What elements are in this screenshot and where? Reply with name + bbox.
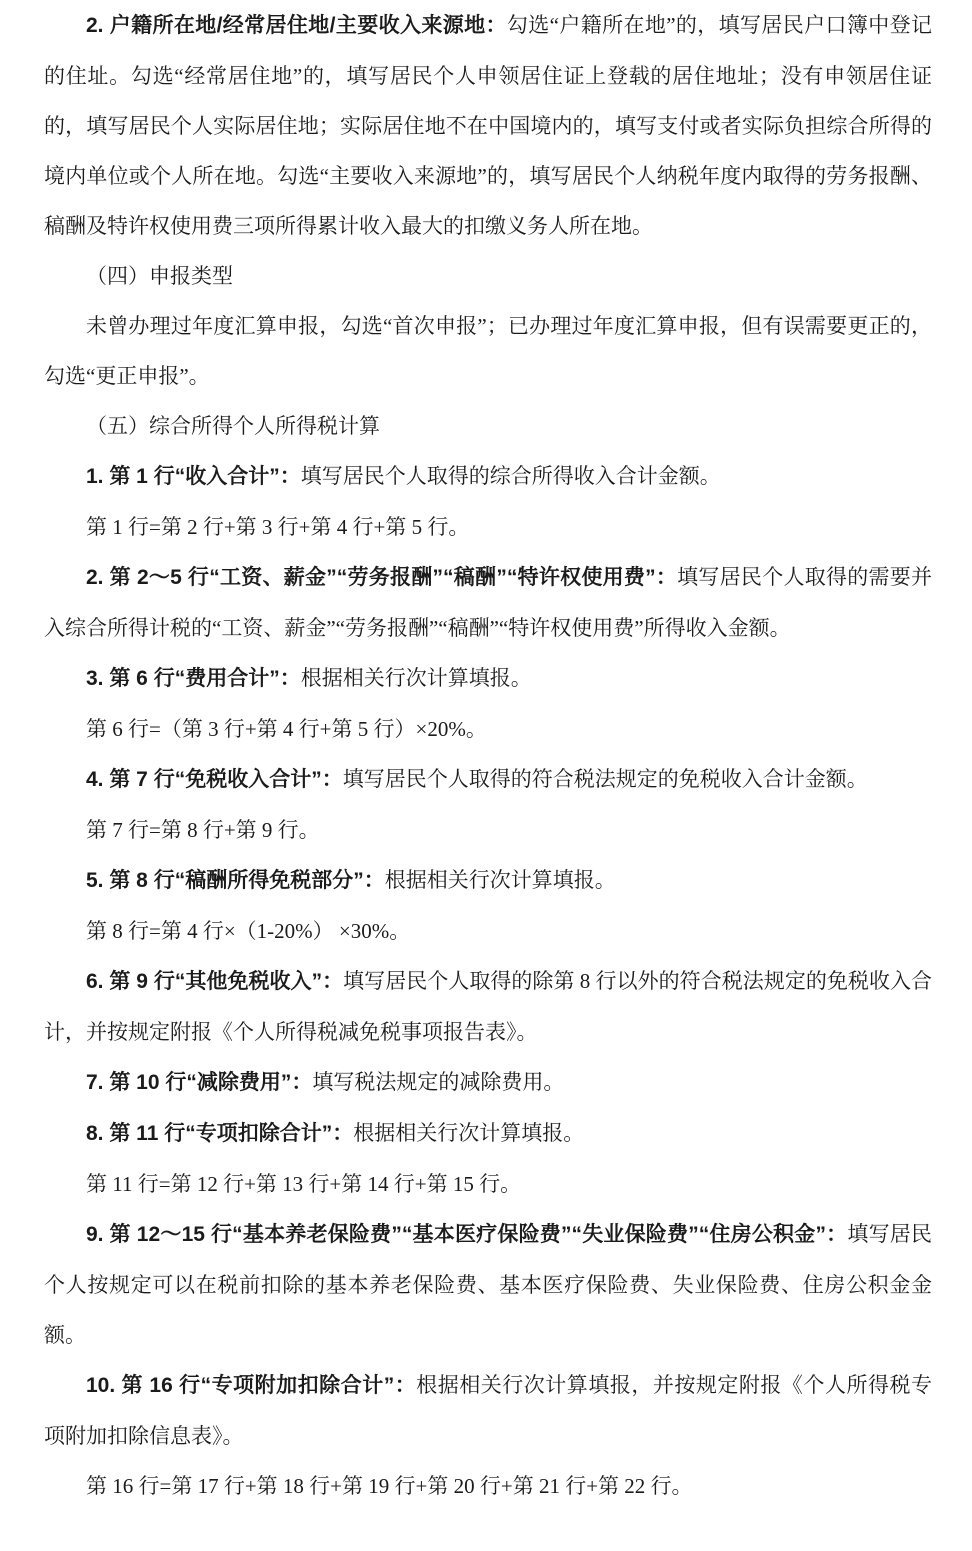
body-text: 第 11 行=第 12 行+第 13 行+第 14 行+第 15 行。: [86, 1172, 521, 1196]
paragraph: 8. 第 11 行“专项扣除合计”：根据相关行次计算填报。: [44, 1108, 932, 1159]
section-heading-text: （四）申报类型: [86, 264, 233, 288]
paragraph: 4. 第 7 行“免税收入合计”：填写居民个人取得的符合税法规定的免税收入合计金…: [44, 754, 932, 805]
bold-heading-text: 7. 第 10 行“减除费用”：: [86, 1071, 312, 1094]
bold-heading-text: 2. 第 2～5 行“工资、薪金”“劳务报酬”“稿酬”“特许权使用费”：: [86, 566, 677, 589]
paragraph: 第 8 行=第 4 行×（1-20%） ×30%。: [44, 906, 932, 956]
paragraph: 第 1 行=第 2 行+第 3 行+第 4 行+第 5 行。: [44, 502, 932, 552]
paragraph: 第 6 行=（第 3 行+第 4 行+第 5 行）×20%。: [44, 704, 932, 754]
body-text: 填写居民个人取得的符合税法规定的免税收入合计金额。: [343, 767, 868, 791]
paragraph: 1. 第 1 行“收入合计”：填写居民个人取得的综合所得收入合计金额。: [44, 451, 932, 502]
paragraph: 2. 户籍所在地/经常居住地/主要收入来源地：勾选“户籍所在地”的，填写居民户口…: [44, 0, 932, 251]
section-heading-text: （五）综合所得个人所得税计算: [86, 414, 380, 438]
body-text: 第 1 行=第 2 行+第 3 行+第 4 行+第 5 行。: [86, 515, 469, 539]
body-text: 未曾办理过年度汇算申报，勾选“首次申报”；已办理过年度汇算申报，但有误需要更正的…: [44, 314, 932, 388]
bold-heading-text: 1. 第 1 行“收入合计”：: [86, 465, 301, 488]
bold-heading-text: 2. 户籍所在地/经常居住地/主要收入来源地：: [86, 14, 507, 37]
document-body: 2. 户籍所在地/经常居住地/主要收入来源地：勾选“户籍所在地”的，填写居民户口…: [44, 0, 932, 1511]
paragraph: 6. 第 9 行“其他免税收入”：填写居民个人取得的除第 8 行以外的符合税法规…: [44, 956, 932, 1057]
document-page: 2. 户籍所在地/经常居住地/主要收入来源地：勾选“户籍所在地”的，填写居民户口…: [0, 0, 972, 1551]
paragraph: （五）综合所得个人所得税计算: [44, 401, 932, 451]
body-text: 根据相关行次计算填报。: [385, 868, 616, 892]
body-text: 第 16 行=第 17 行+第 18 行+第 19 行+第 20 行+第 21 …: [86, 1474, 693, 1498]
paragraph: 5. 第 8 行“稿酬所得免税部分”：根据相关行次计算填报。: [44, 855, 932, 906]
paragraph: 第 7 行=第 8 行+第 9 行。: [44, 805, 932, 855]
paragraph: （四）申报类型: [44, 251, 932, 301]
paragraph: 第 16 行=第 17 行+第 18 行+第 19 行+第 20 行+第 21 …: [44, 1461, 932, 1511]
paragraph: 3. 第 6 行“费用合计”：根据相关行次计算填报。: [44, 653, 932, 704]
bold-heading-text: 5. 第 8 行“稿酬所得免税部分”：: [86, 869, 385, 892]
body-text: 填写税法规定的减除费用。: [312, 1070, 564, 1094]
paragraph: 10. 第 16 行“专项附加扣除合计”：根据相关行次计算填报，并按规定附报《个…: [44, 1360, 932, 1461]
bold-heading-text: 9. 第 12～15 行“基本养老保险费”“基本医疗保险费”“失业保险费”“住房…: [86, 1223, 847, 1246]
body-text: 第 6 行=（第 3 行+第 4 行+第 5 行）×20%。: [86, 717, 487, 741]
body-text: 根据相关行次计算填报。: [353, 1121, 584, 1145]
body-text: 根据相关行次计算填报。: [301, 666, 532, 690]
bold-heading-text: 10. 第 16 行“专项附加扣除合计”：: [86, 1374, 416, 1397]
bold-heading-text: 4. 第 7 行“免税收入合计”：: [86, 768, 343, 791]
paragraph: 未曾办理过年度汇算申报，勾选“首次申报”；已办理过年度汇算申报，但有误需要更正的…: [44, 301, 932, 401]
paragraph: 2. 第 2～5 行“工资、薪金”“劳务报酬”“稿酬”“特许权使用费”：填写居民…: [44, 552, 932, 653]
body-text: 第 7 行=第 8 行+第 9 行。: [86, 818, 320, 842]
paragraph: 7. 第 10 行“减除费用”：填写税法规定的减除费用。: [44, 1057, 932, 1108]
body-text: 填写居民个人取得的综合所得收入合计金额。: [301, 464, 721, 488]
paragraph: 第 11 行=第 12 行+第 13 行+第 14 行+第 15 行。: [44, 1159, 932, 1209]
body-text: 第 8 行=第 4 行×（1-20%） ×30%。: [86, 919, 410, 943]
bold-heading-text: 3. 第 6 行“费用合计”：: [86, 667, 301, 690]
body-text: 勾选“户籍所在地”的，填写居民户口簿中登记的住址。勾选“经常居住地”的，填写居民…: [44, 13, 932, 238]
bold-heading-text: 6. 第 9 行“其他免税收入”：: [86, 970, 343, 993]
paragraph: 9. 第 12～15 行“基本养老保险费”“基本医疗保险费”“失业保险费”“住房…: [44, 1209, 932, 1360]
bold-heading-text: 8. 第 11 行“专项扣除合计”：: [86, 1122, 353, 1145]
